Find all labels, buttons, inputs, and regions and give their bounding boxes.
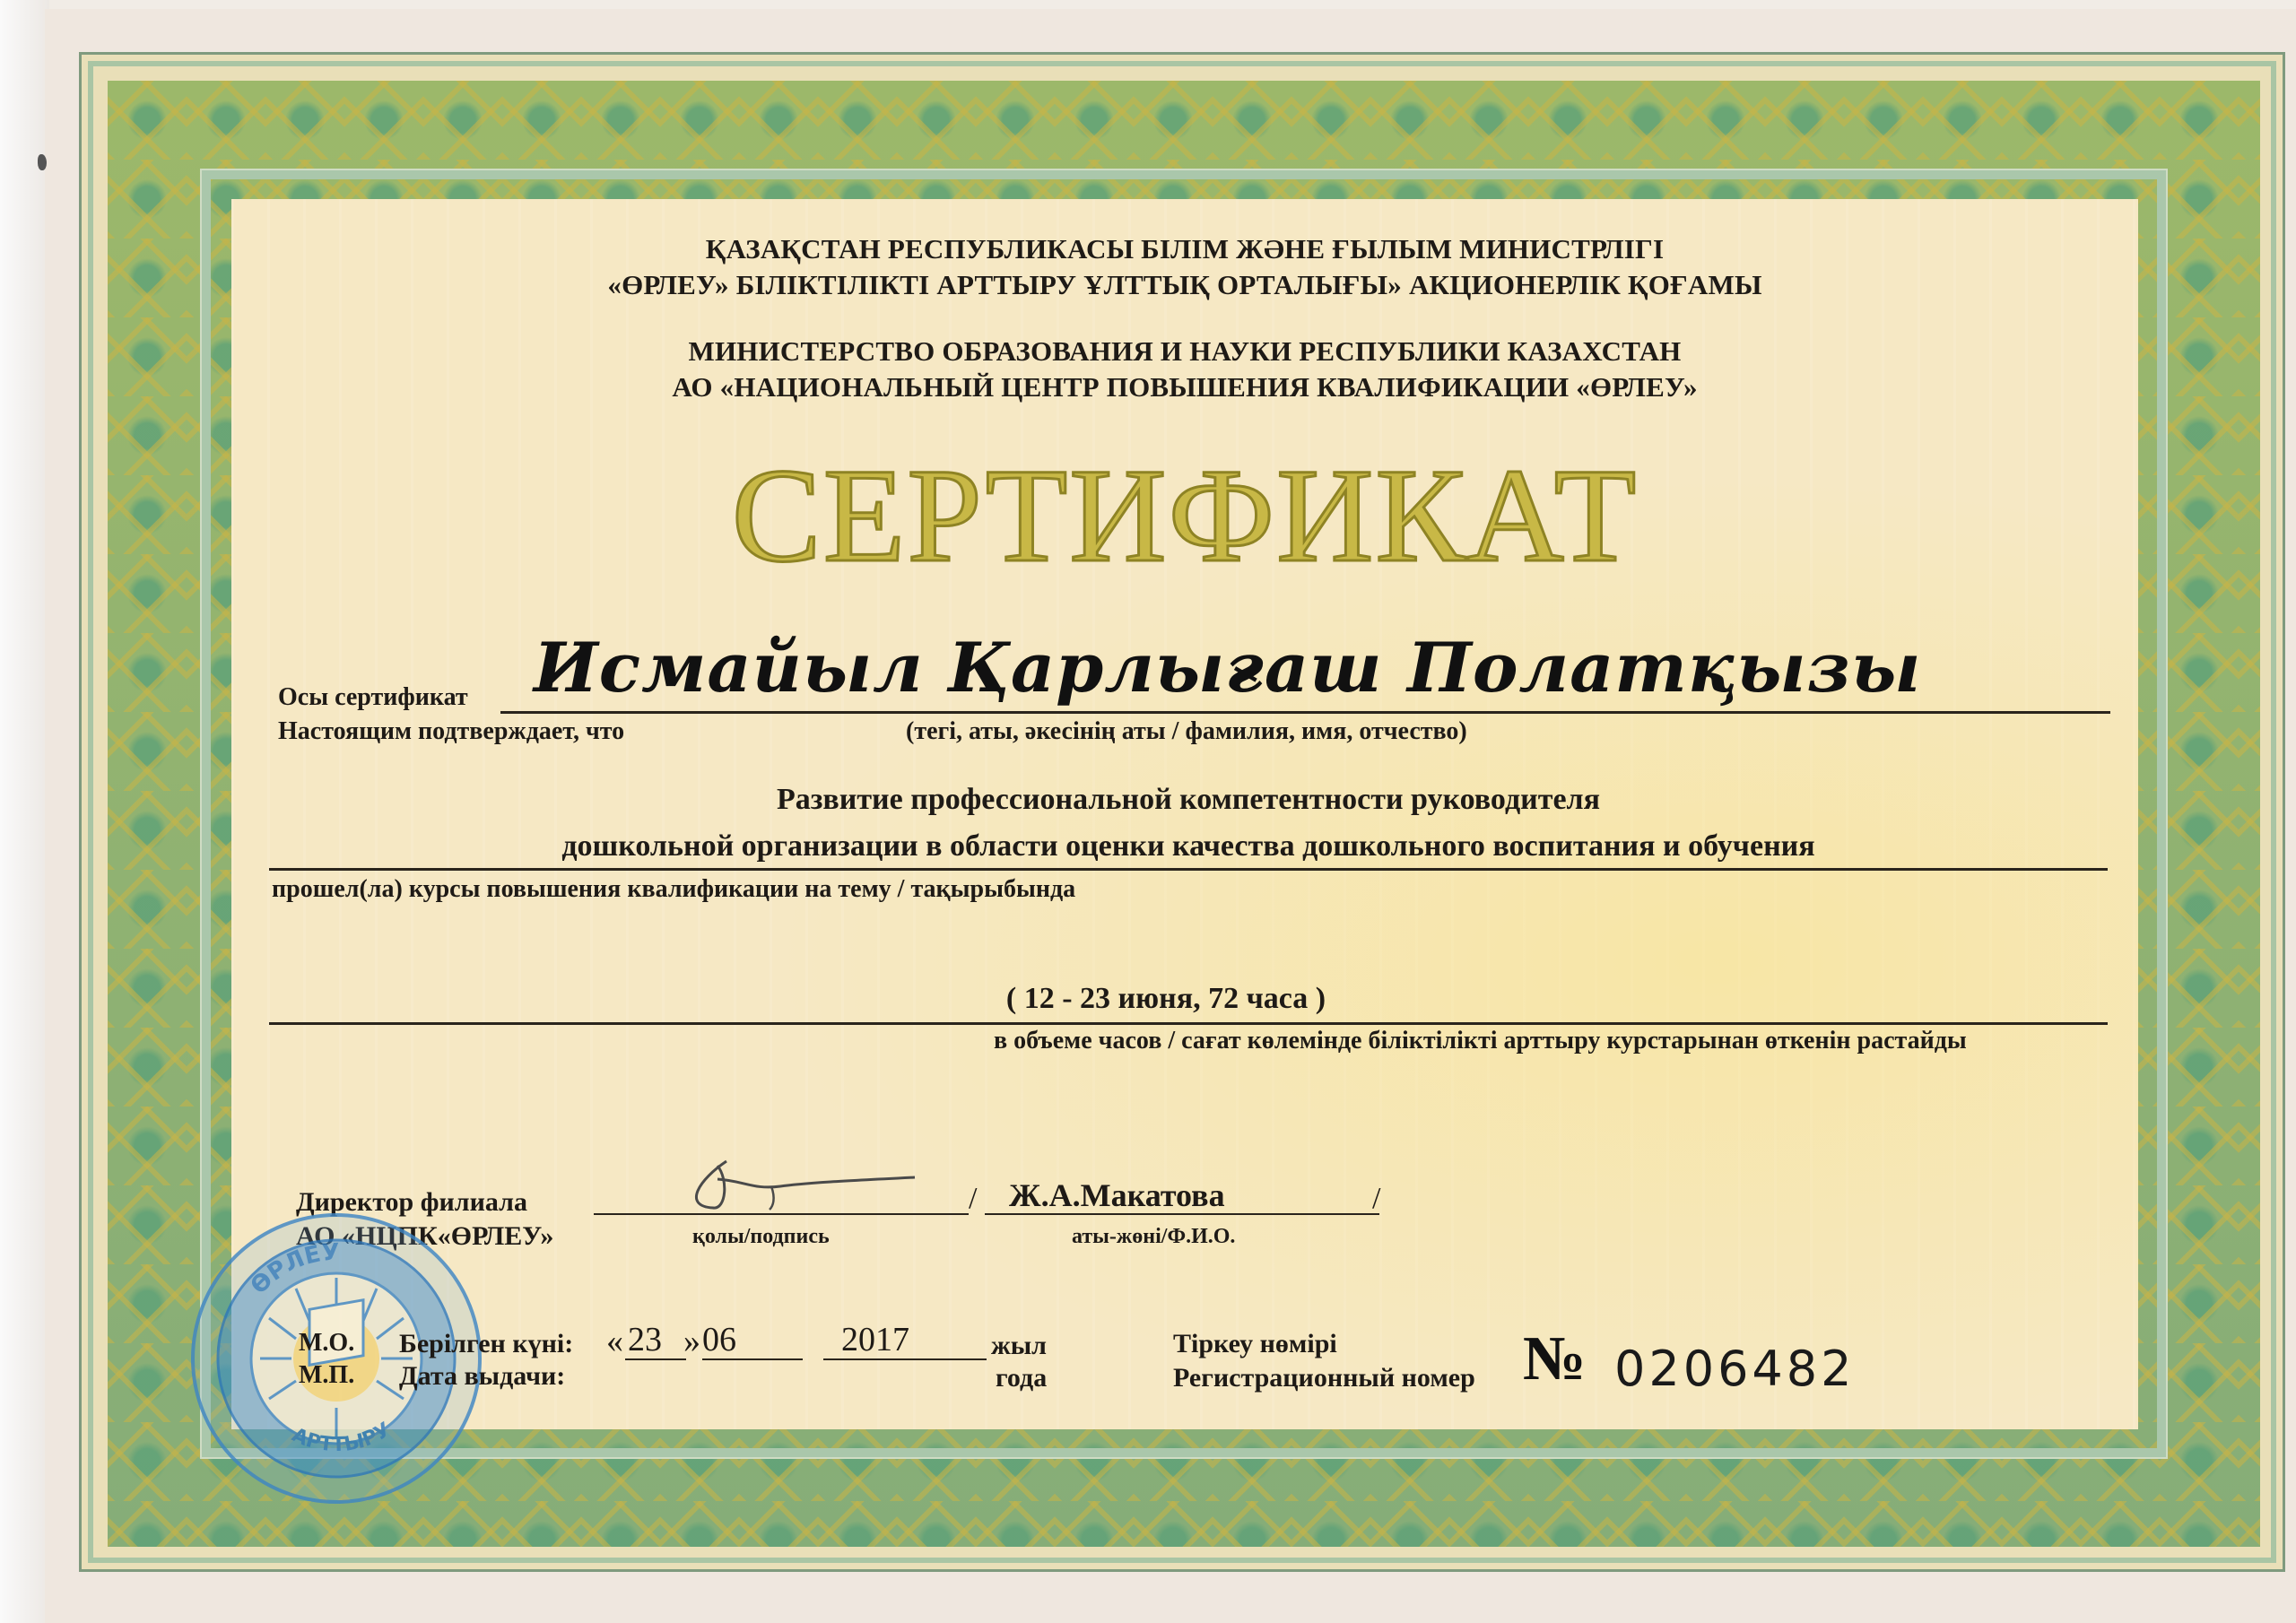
seal-mo-label: М.О. bbox=[299, 1329, 354, 1358]
scan-edge bbox=[0, 0, 49, 1623]
month-rule bbox=[702, 1358, 803, 1360]
signature-rule bbox=[594, 1213, 969, 1215]
header-kz-line2: «ӨРЛЕУ» БІЛІКТІЛІКТІ АРТТЫРУ ҰЛТТЫҚ ОРТА… bbox=[231, 267, 2138, 303]
name-label: аты-жөні/Ф.И.О. bbox=[1072, 1225, 1235, 1249]
recipient-name: Исмайыл Қарлығаш Полатқызы bbox=[534, 628, 1933, 717]
signature-label: қолы/подпись bbox=[692, 1225, 830, 1249]
issue-year-kz: жыл bbox=[991, 1331, 1047, 1361]
scan-speck bbox=[38, 154, 47, 170]
topic-rule bbox=[269, 868, 2108, 871]
issue-label-kz: Берілген күні: bbox=[399, 1329, 573, 1359]
course-duration-label: в объеме часов / сағат көлемінде білікті… bbox=[994, 1027, 1967, 1055]
issue-close-quote: » bbox=[683, 1322, 700, 1361]
course-topic-label: прошел(ла) курсы повышения квалификации … bbox=[272, 875, 1075, 904]
registration-label-kz: Тіркеу нөмірі bbox=[1173, 1329, 1337, 1359]
issue-year: 2017 bbox=[841, 1320, 909, 1359]
issue-month: 06 bbox=[702, 1320, 736, 1359]
issue-year-ru: года bbox=[996, 1363, 1047, 1393]
recipient-label-kz: Осы сертификат bbox=[278, 683, 468, 712]
signatory-name: Ж.А.Макатова bbox=[1009, 1176, 1225, 1214]
registration-label-ru: Регистрационный номер bbox=[1173, 1363, 1475, 1393]
course-topic-line2: дошкольной организации в области оценки … bbox=[269, 829, 2108, 864]
signature-separator: / bbox=[969, 1182, 977, 1216]
course-duration: ( 12 - 23 июня, 72 часа ) bbox=[897, 982, 1435, 1016]
course-topic-line1: Развитие профессиональной компетентности… bbox=[269, 783, 2108, 817]
name-rule bbox=[985, 1213, 1379, 1215]
signature-mark bbox=[664, 1143, 924, 1224]
seal-mp-label: М.П. bbox=[299, 1361, 354, 1390]
recipient-label-ru: Настоящим подтверждает, что bbox=[278, 717, 624, 746]
duration-rule bbox=[269, 1022, 2108, 1025]
certificate-title: СЕРТИФИКАТ bbox=[231, 439, 2138, 592]
header-kz-line1: ҚАЗАҚСТАН РЕСПУБЛИКАСЫ БІЛІМ ЖӘНЕ ҒЫЛЫМ … bbox=[231, 231, 2138, 267]
registration-number-sign: № bbox=[1523, 1324, 1586, 1395]
day-rule bbox=[625, 1358, 686, 1360]
issue-label-ru: Дата выдачи: bbox=[399, 1361, 565, 1392]
issue-day: 23 bbox=[628, 1320, 662, 1359]
header-ru-line2: АО «НАЦИОНАЛЬНЫЙ ЦЕНТР ПОВЫШЕНИЯ КВАЛИФИ… bbox=[231, 369, 2138, 405]
issue-open-quote: « bbox=[606, 1322, 623, 1361]
name-separator: / bbox=[1372, 1182, 1380, 1216]
recipient-hint: (тегі, аты, әкесінің аты / фамилия, имя,… bbox=[906, 717, 1467, 746]
header-ru-line1: МИНИСТЕРСТВО ОБРАЗОВАНИЯ И НАУКИ РЕСПУБЛ… bbox=[231, 334, 2138, 369]
registration-number: 0206482 bbox=[1614, 1341, 1856, 1397]
year-rule bbox=[823, 1358, 987, 1360]
